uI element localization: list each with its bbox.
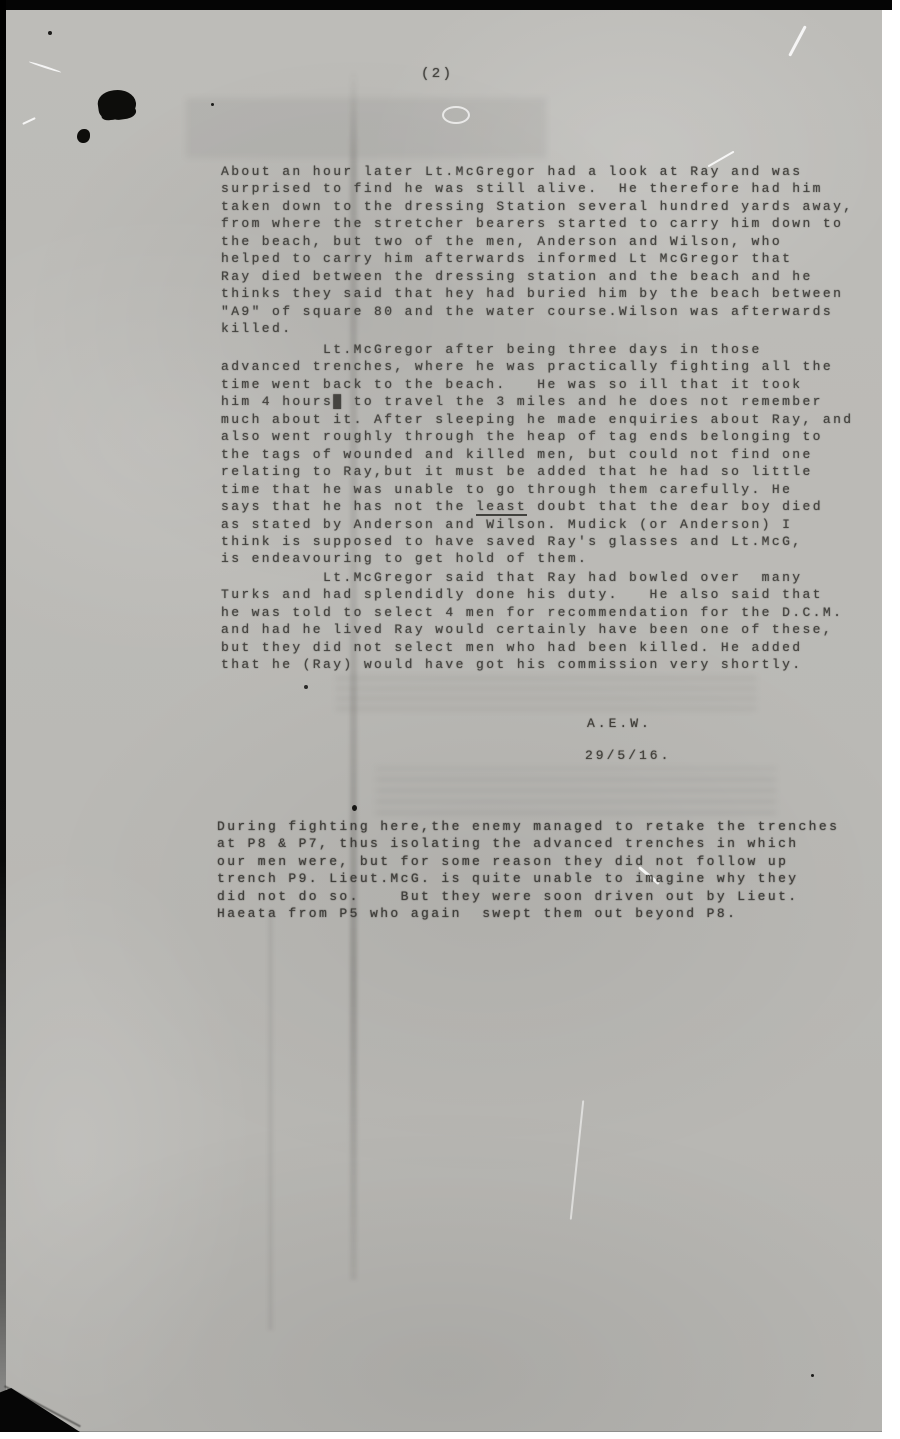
page-number: (2): [421, 66, 453, 83]
paper-scratch: [29, 61, 62, 73]
paragraph-2: Lt.McGregor after being three days in th…: [221, 341, 881, 568]
ink-speck: [48, 31, 52, 35]
ink-speck: [811, 1374, 814, 1377]
paragraph-2-text-before: Lt.McGregor after being three days in th…: [221, 342, 853, 514]
paper-scratch: [442, 106, 470, 124]
paragraph-3: Lt.McGregor said that Ray had bowled ove…: [221, 569, 881, 674]
ink-blot-large: [96, 87, 138, 121]
bleed-through-ghost-text: [336, 670, 756, 710]
smudge-band: [186, 98, 546, 158]
document-page: (2) About an hour later Lt.McGregor had …: [6, 10, 882, 1432]
scanned-document: (2) About an hour later Lt.McGregor had …: [0, 0, 900, 1439]
ink-blot-small: [77, 129, 90, 143]
signature-initials: A.E.W.: [587, 715, 652, 732]
vertical-crease-faint: [268, 910, 273, 1330]
paper-scratch: [570, 1100, 585, 1220]
paper-scratch: [22, 117, 36, 125]
ink-speck: [211, 103, 214, 106]
bleed-through-ghost-text: [376, 768, 776, 814]
underlined-word-least: least: [476, 499, 527, 516]
signature-date: 29/5/16.: [585, 747, 671, 764]
ink-speck: [304, 685, 308, 689]
paper-scratch: [788, 25, 807, 56]
scan-edge-top: [0, 0, 892, 10]
paragraph-4: During fighting here,the enemy managed t…: [217, 818, 887, 923]
paragraph-1: About an hour later Lt.McGregor had a lo…: [221, 163, 881, 338]
ink-speck: [352, 805, 357, 811]
